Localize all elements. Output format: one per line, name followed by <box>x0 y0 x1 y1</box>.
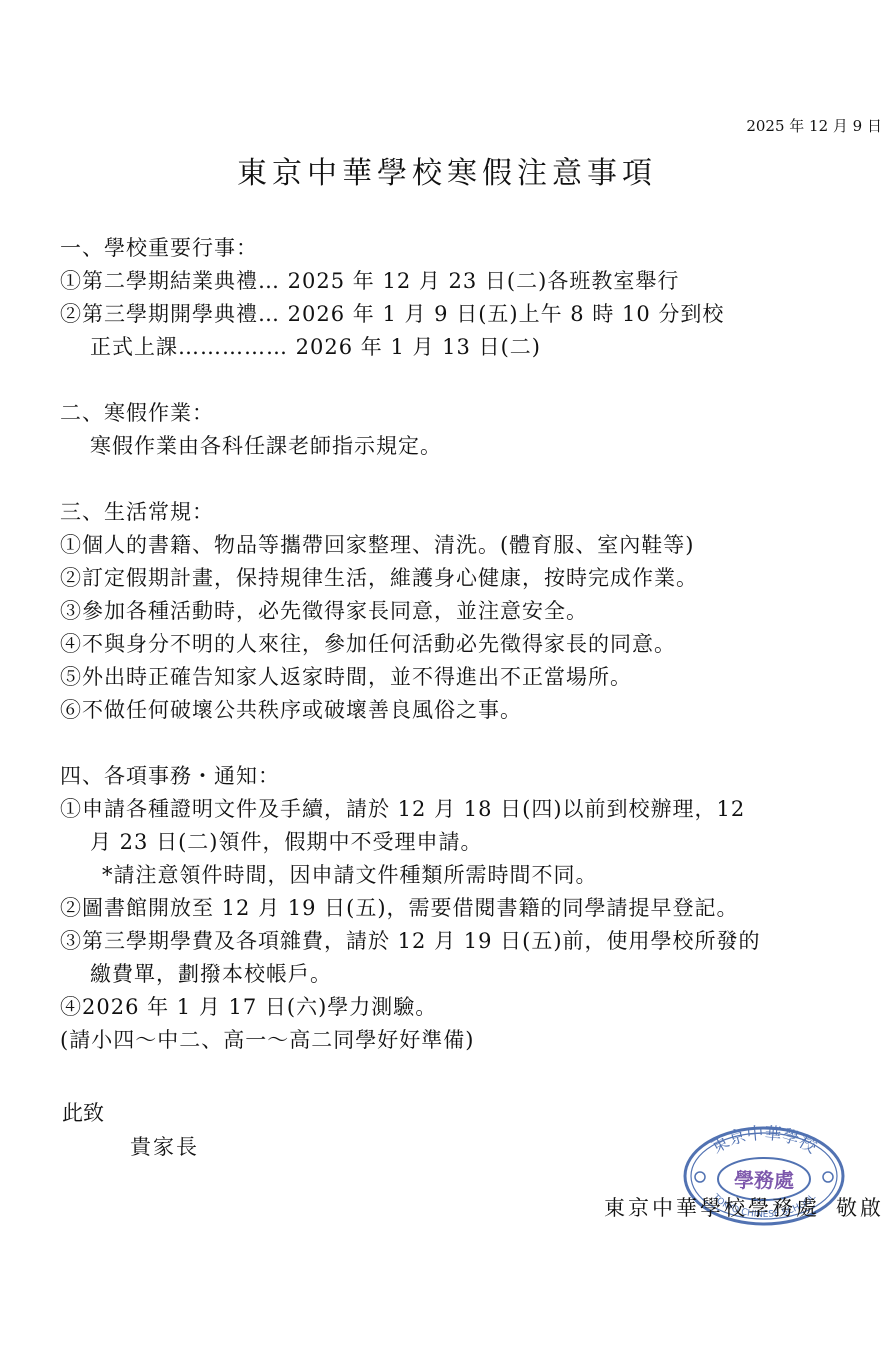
event-line: ②第三學期開學典禮… 2026 年 1 月 9 日(五)上午 8 時 10 分到… <box>60 298 890 331</box>
document-body: 一、學校重要行事： ①第二學期結業典禮… 2025 年 12 月 23 日(二)… <box>60 232 890 1057</box>
document-title: 東京中華學校寒假注意事項 <box>0 148 894 192</box>
section-heading-notices: 四、各項事務・通知： <box>60 760 890 793</box>
seal-inner-text: 學務處 <box>733 1168 794 1192</box>
section-heading-events: 一、學校重要行事： <box>60 232 890 265</box>
section-heading-homework: 二、寒假作業： <box>60 397 890 430</box>
plum-blossom-icon <box>695 1172 705 1182</box>
rule-line: ④不與身分不明的人來往，參加任何活動必先徵得家長的同意。 <box>60 628 890 661</box>
seal-outer-text: 東京中華學校 <box>708 1125 820 1158</box>
signature-signoff: 敬啟 <box>836 1196 884 1220</box>
signature-line: 東京中華學校學務處敬啟 <box>604 1192 884 1222</box>
document-date: 2025 年 12 月 9 日 <box>746 115 882 136</box>
spacer <box>60 727 890 760</box>
salutation: 此致 <box>62 1096 199 1130</box>
rule-line: ②訂定假期計畫，保持規律生活，維護身心健康，按時完成作業。 <box>60 562 890 595</box>
homework-line: 寒假作業由各科任課老師指示規定。 <box>60 430 890 463</box>
spacer <box>60 463 890 496</box>
plum-blossom-icon <box>823 1172 833 1182</box>
event-line: 正式上課…………… 2026 年 1 月 13 日(二) <box>60 331 890 364</box>
recipient: 貴家長 <box>62 1130 199 1164</box>
event-line: ①第二學期結業典禮… 2025 年 12 月 23 日(二)各班教室舉行 <box>60 265 890 298</box>
rule-line: ③參加各種活動時，必先徵得家長同意，並注意安全。 <box>60 595 890 628</box>
spacer <box>60 364 890 397</box>
notice-line: 繳費單，劃撥本校帳戶。 <box>60 958 890 991</box>
closing-block: 此致 貴家長 <box>62 1096 199 1164</box>
signature-office: 東京中華學校學務處 <box>604 1196 820 1220</box>
notice-line: ①申請各種證明文件及手續，請於 12 月 18 日(四)以前到校辦理，12 <box>60 793 890 826</box>
notice-line: (請小四～中二、高一～高二同學好好準備) <box>60 1024 890 1057</box>
notice-note: *請注意領件時間，因申請文件種類所需時間不同。 <box>60 859 890 892</box>
notice-line: ④2026 年 1 月 17 日(六)學力測驗。 <box>60 991 890 1024</box>
section-heading-rules: 三、生活常規： <box>60 496 890 529</box>
notice-line: 月 23 日(二)領件，假期中不受理申請。 <box>60 826 890 859</box>
rule-line: ①個人的書籍、物品等攜帶回家整理、清洗。(體育服、室內鞋等) <box>60 529 890 562</box>
rule-line: ⑤外出時正確告知家人返家時間，並不得進出不正當場所。 <box>60 661 890 694</box>
rule-line: ⑥不做任何破壞公共秩序或破壞善良風俗之事。 <box>60 694 890 727</box>
notice-line: ②圖書館開放至 12 月 19 日(五)，需要借閱書籍的同學請提早登記。 <box>60 892 890 925</box>
notice-line: ③第三學期學費及各項雜費，請於 12 月 19 日(五)前，使用學校所發的 <box>60 925 890 958</box>
